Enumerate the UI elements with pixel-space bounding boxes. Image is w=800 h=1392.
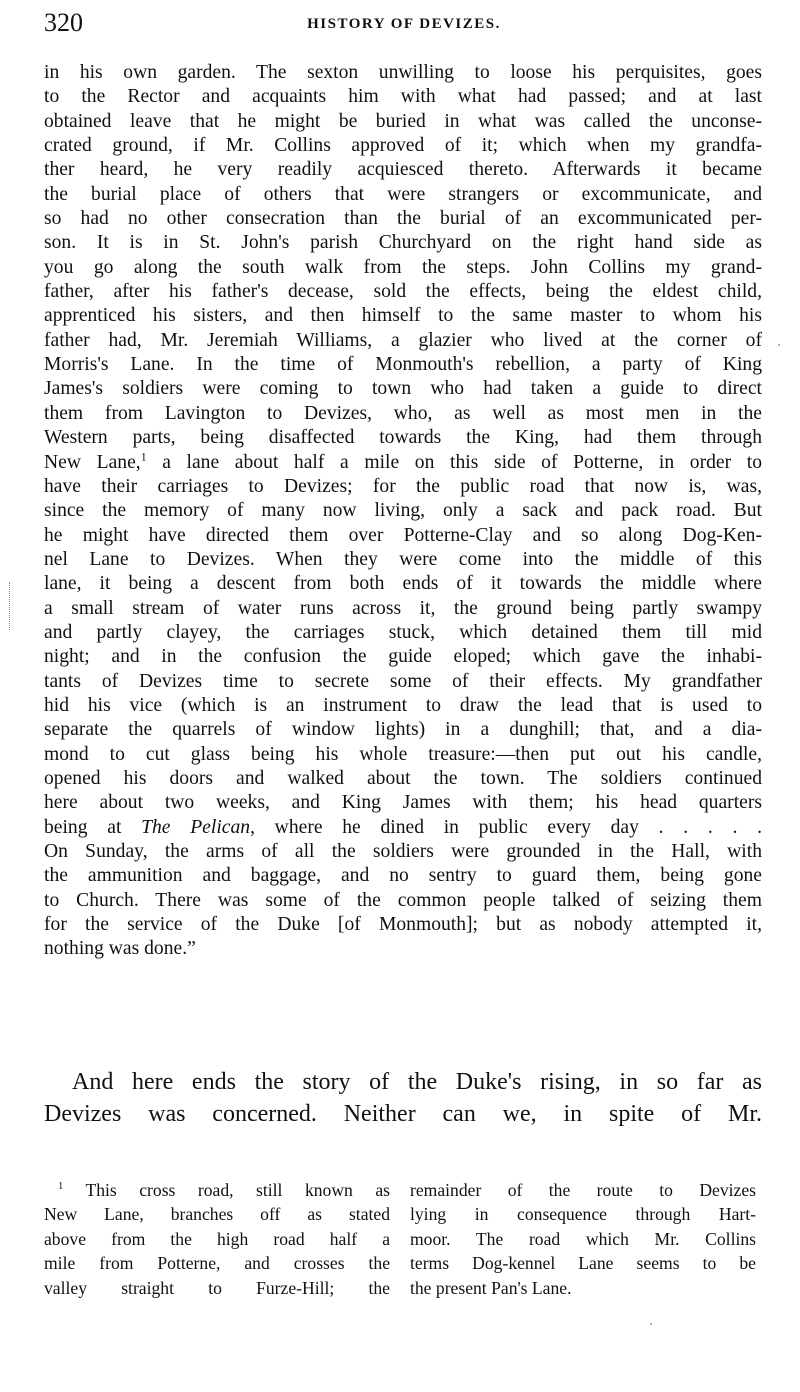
quote-line: the ammunition and baggage, and no sentr…	[44, 864, 762, 888]
quote-line: New Lane,1 a lane about half a mile on t…	[44, 451, 762, 475]
footnote-line: terms Dog-kennel Lane seems to be	[410, 1251, 756, 1275]
stray-mark	[650, 1323, 652, 1325]
quote-line: to the Rector and acquaints him with wha…	[44, 85, 762, 109]
quote-line: crated ground, if Mr. Collins approved o…	[44, 134, 762, 158]
quote-line: ther heard, he very readily acquiesced t…	[44, 158, 762, 182]
quote-line: he might have directed them over Pottern…	[44, 524, 762, 548]
quote-line: since the memory of many now living, onl…	[44, 499, 762, 523]
body-paragraph: And here ends the story of the Duke's ri…	[44, 1066, 762, 1130]
quoted-passage: in his own garden. The sexton unwilling …	[44, 61, 762, 962]
quote-line: and partly clayey, the carriages stuck, …	[44, 621, 762, 645]
body-line: And here ends the story of the Duke's ri…	[44, 1066, 762, 1098]
quote-line: here about two weeks, and King James wit…	[44, 791, 762, 815]
footnote-right-column: remainder of the route to Devizes lying …	[410, 1178, 756, 1300]
quote-line: Western parts, being disaffected towards…	[44, 426, 762, 450]
quote-line: tants of Devizes time to secrete some of…	[44, 670, 762, 694]
body-line: Devizes was concerned. Neither can we, i…	[44, 1098, 762, 1130]
quote-line: night; and in the confusion the guide el…	[44, 645, 762, 669]
quote-line: nel Lane to Devizes. When they were come…	[44, 548, 762, 572]
quote-line: have their carriages to Devizes; for the…	[44, 475, 762, 499]
footnote-line: above from the high road half a	[44, 1227, 390, 1251]
footnote-line: mile from Potterne, and crosses the	[44, 1251, 390, 1275]
footnote-line: 1 This cross road, still known as	[44, 1178, 390, 1202]
quote-line: son. It is in St. John's parish Churchya…	[44, 231, 762, 255]
running-title: HISTORY OF DEVIZES.	[44, 16, 764, 33]
quote-line: obtained leave that he might be buried i…	[44, 110, 762, 134]
quote-line: the burial place of others that were str…	[44, 183, 762, 207]
quote-line: apprenticed his sisters, and then himsel…	[44, 304, 762, 328]
quote-line: hid his vice (which is an instrument to …	[44, 694, 762, 718]
ellipsis: . . . . .	[659, 817, 762, 838]
footnote-line: lying in consequence through Hart-	[410, 1202, 756, 1226]
quote-line: father, after his father's decease, sold…	[44, 280, 762, 304]
quote-line: to Church. There was some of the common …	[44, 889, 762, 913]
footnote-line: the present Pan's Lane.	[410, 1276, 756, 1300]
footnote-line: moor. The road which Mr. Collins	[410, 1227, 756, 1251]
quote-line: nothing was done.”	[44, 937, 762, 961]
quote-line: On Sunday, the arms of all the soldiers …	[44, 840, 762, 864]
quote-line: lane, it being a descent from both ends …	[44, 572, 762, 596]
quote-line: so had no other consecration than the bu…	[44, 207, 762, 231]
quote-line: you go along the south walk from the ste…	[44, 256, 762, 280]
quote-line: a small stream of water runs across it, …	[44, 597, 762, 621]
footnote-left-column: 1 This cross road, still known as New La…	[44, 1178, 390, 1300]
quote-line: father had, Mr. Jeremiah Williams, a gla…	[44, 329, 762, 353]
stray-mark	[778, 344, 780, 346]
quote-line: separate the quarrels of window lights) …	[44, 718, 762, 742]
quote-line: opened his doors and walked about the to…	[44, 767, 762, 791]
quote-line: being at The Pelican, where he dined in …	[44, 816, 762, 840]
margin-mark	[9, 582, 11, 630]
quote-line: for the service of the Duke [of Monmouth…	[44, 913, 762, 937]
quote-line: Morris's Lane. In the time of Monmouth's…	[44, 353, 762, 377]
footnote-line: remainder of the route to Devizes	[410, 1178, 756, 1202]
quote-line: James's soldiers were coming to town who…	[44, 377, 762, 401]
page-header: 320 HISTORY OF DEVIZES.	[44, 8, 764, 48]
quote-line: in his own garden. The sexton unwilling …	[44, 61, 762, 85]
quote-line: them from Lavington to Devizes, who, as …	[44, 402, 762, 426]
footnote-line: valley straight to Furze-Hill; the	[44, 1276, 390, 1300]
quote-line: mond to cut glass being his whole treasu…	[44, 743, 762, 767]
footnote-marker: 1	[58, 1181, 63, 1192]
footnote-line: New Lane, branches off as stated	[44, 1202, 390, 1226]
